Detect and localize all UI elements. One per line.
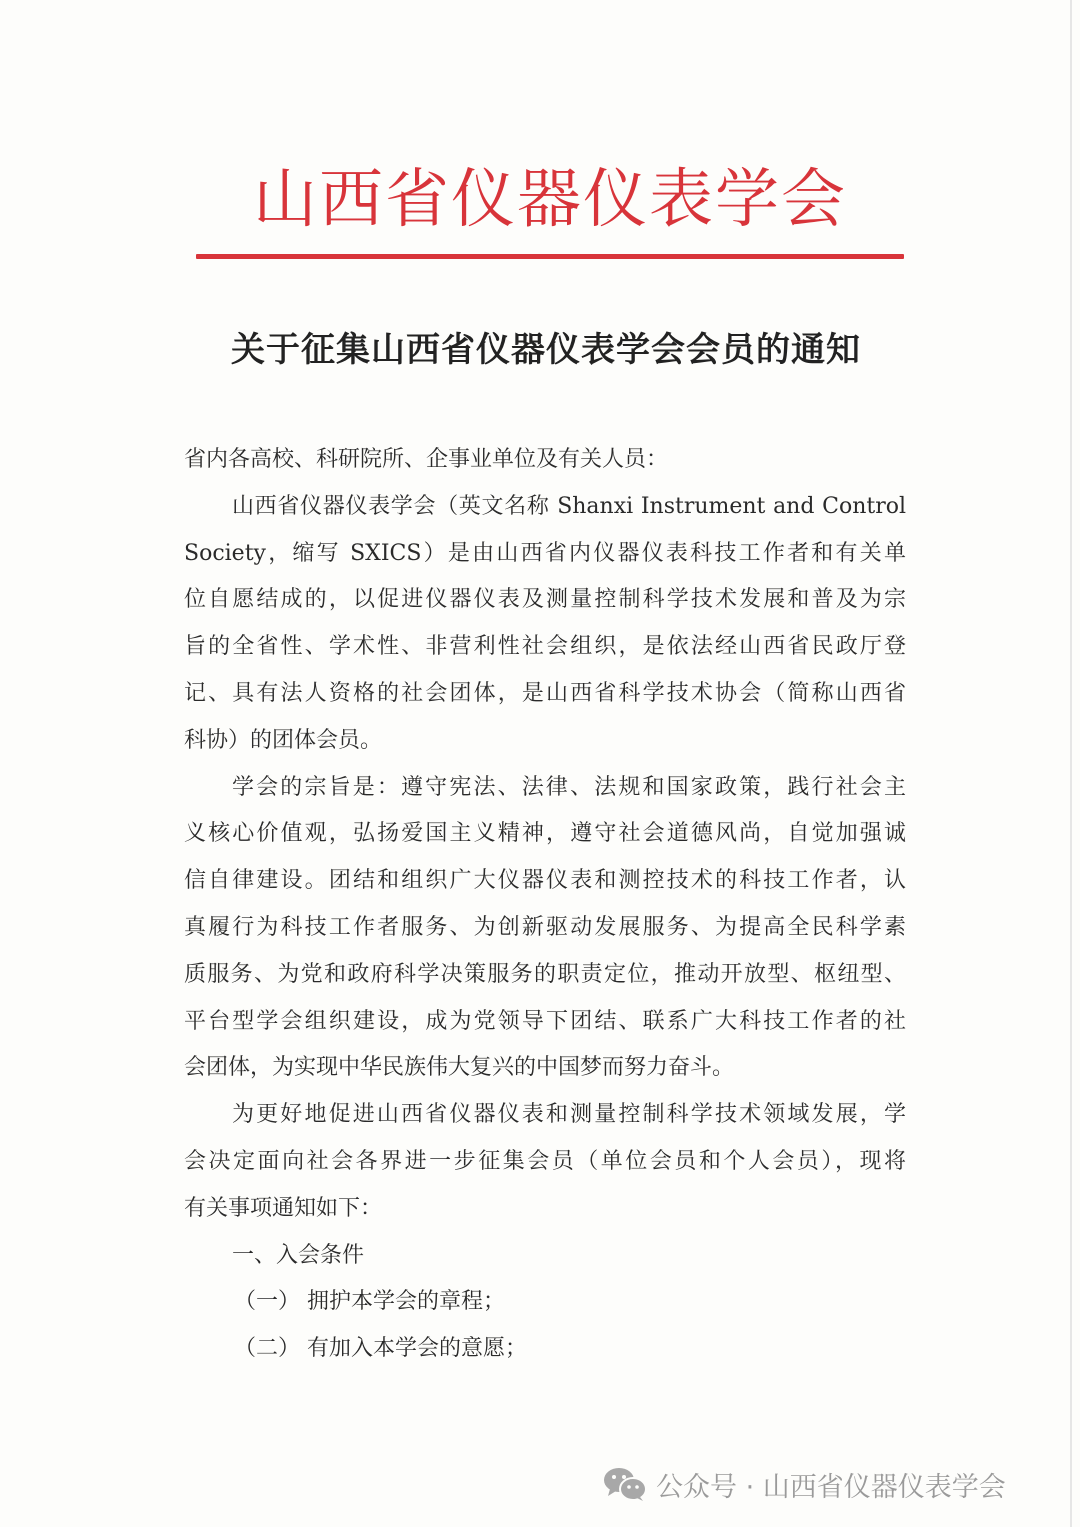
text-line: 记、具有法人资格的社会团体，是山西省科学技术协会（简称山西省 [184,671,906,718]
organization-letterhead: 山西省仪器仪表学会 [0,160,1080,240]
text-line: 会团体，为实现中华民族伟大复兴的中国梦而努力奋斗。 [184,1045,906,1092]
text-line: Society，缩写 SXICS）是由山西省内仪器仪表科技工作者和有关单 [184,531,906,578]
wechat-icon [602,1466,648,1502]
document-title: 关于征集山西省仪器仪表学会会员的通知 [0,324,1080,376]
section-membership-requirements: 一、入会条件 （一） 拥护本学会的章程； （二） 有加入本学会的意愿； [184,1233,906,1373]
paragraph-introduction: 山西省仪器仪表学会（英文名称 Shanxi Instrument and Con… [184,484,906,765]
text-line: 旨的全省性、学术性、非营利性社会组织，是依法经山西省民政厅登 [184,624,906,671]
section-heading: 一、入会条件 [184,1233,906,1280]
text-line: 义核心价值观，弘扬爱国主义精神，遵守社会道德风尚，自觉加强诚 [184,811,906,858]
paragraph-purpose: 学会的宗旨是：遵守宪法、法律、法规和国家政策，践行社会主 义核心价值观，弘扬爱国… [184,765,906,1093]
letterhead-divider [196,254,904,259]
document-body: 省内各高校、科研院所、企事业单位及有关人员： 山西省仪器仪表学会（英文名称 Sh… [184,437,906,1373]
text-line: 学会的宗旨是：遵守宪法、法律、法规和国家政策，践行社会主 [184,765,906,812]
text-line: 信自律建设。团结和组织广大仪器仪表和测控技术的科技工作者，认 [184,858,906,905]
text-line: 为更好地促进山西省仪器仪表和测量控制科学技术领域发展，学 [184,1092,906,1139]
text-line: 位自愿结成的，以促进仪器仪表及测量控制科学技术发展和普及为宗 [184,577,906,624]
document-page: 山西省仪器仪表学会 关于征集山西省仪器仪表学会会员的通知 省内各高校、科研院所、… [0,0,1080,1527]
text-line: 真履行为科技工作者服务、为创新驱动发展服务、为提高全民科学素 [184,905,906,952]
text-line: 有关事项通知如下： [184,1186,906,1233]
text-line: 质服务、为党和政府科学决策服务的职责定位，推动开放型、枢纽型、 [184,952,906,999]
text-line: 会决定面向社会各界进一步征集会员（单位会员和个人会员），现将 [184,1139,906,1186]
wechat-watermark: 公众号 · 山西省仪器仪表学会 [602,1464,1006,1504]
text-line: 科协）的团体会员。 [184,718,906,765]
text-line: 平台型学会组织建设，成为党领导下团结、联系广大科技工作者的社 [184,999,906,1046]
requirement-item: （二） 有加入本学会的意愿； [184,1326,906,1373]
watermark-label: 公众号 · 山西省仪器仪表学会 [656,1465,1006,1504]
salutation: 省内各高校、科研院所、企事业单位及有关人员： [184,437,906,484]
paragraph-notice: 为更好地促进山西省仪器仪表和测量控制科学技术领域发展，学 会决定面向社会各界进一… [184,1092,906,1232]
requirement-item: （一） 拥护本学会的章程； [184,1279,906,1326]
text-line: 山西省仪器仪表学会（英文名称 Shanxi Instrument and Con… [184,484,906,531]
